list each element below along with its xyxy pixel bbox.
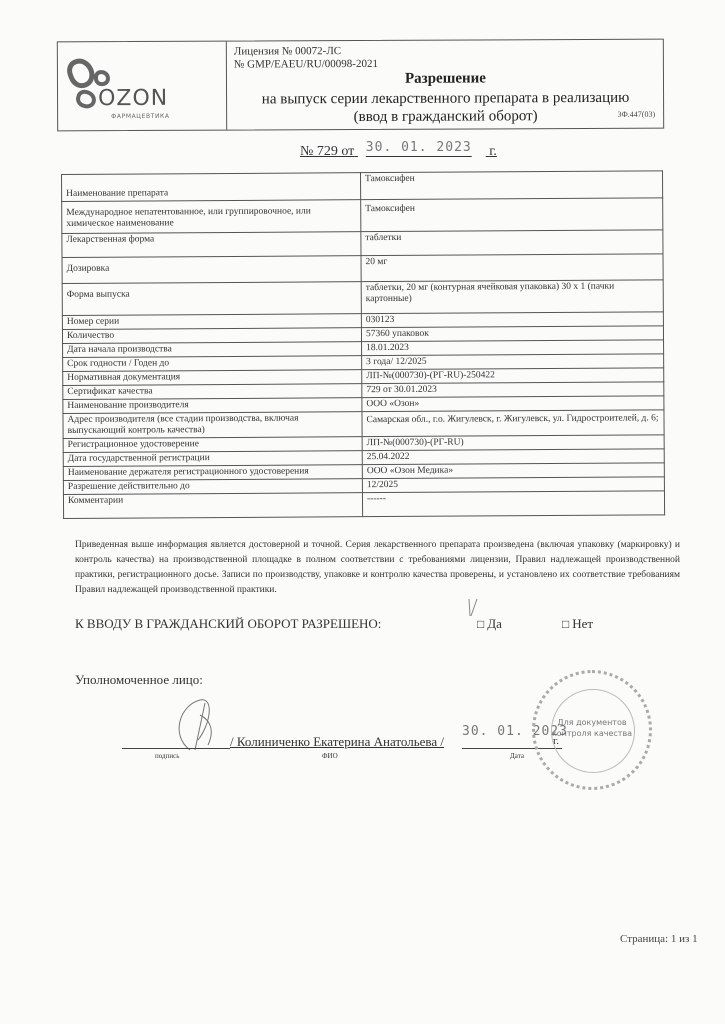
row-label: Международное непатентованное, или групп… <box>62 200 361 234</box>
quality-control-seal: Для документов контроля качества <box>532 670 652 790</box>
document-subtitle-2: (ввод в гражданский оборот) <box>228 108 663 127</box>
row-label: Форма выпуска <box>62 282 361 316</box>
number-date-stamp: 30. 01. 2023 <box>366 140 472 155</box>
logo-shape-icon <box>94 70 110 86</box>
seal-text-line-2: контроля качества <box>535 728 649 739</box>
table-row: Международное непатентованное, или групп… <box>62 198 663 234</box>
row-value: таблетки, 20 мг (контурная ячейковая упа… <box>361 280 663 314</box>
number-suffix: г. <box>489 144 497 159</box>
document-header: OZON ФАРМАЦЕВТИКА Лицензия № 00072-ЛС № … <box>57 39 664 132</box>
certification-statement: Приведенная выше информация является дос… <box>75 538 680 598</box>
table-row: Форма выпускатаблетки, 20 мг (контурная … <box>62 280 663 316</box>
row-value: ------ <box>362 491 664 517</box>
document-number: № 729 от 30. 01. 2023 г. <box>300 144 497 160</box>
form-code: 3Ф.447(03) <box>617 110 655 119</box>
checkmark-icon <box>463 598 483 618</box>
row-value: Самарская обл., г.о. Жигулевск, г. Жигул… <box>362 410 664 437</box>
table-row: Наименование препаратаТамоксифен <box>62 171 663 202</box>
signature-line <box>122 748 230 749</box>
table-row: Комментарии------ <box>63 491 664 519</box>
license-number: Лицензия № 00072-ЛС <box>234 45 341 57</box>
row-label: Комментарии <box>63 493 362 519</box>
number-prefix: № 729 от <box>300 144 354 159</box>
signature-caption: подпись <box>155 752 179 760</box>
logo-name: OZON <box>98 86 168 111</box>
seal-text-line-1: Для документов <box>535 717 649 728</box>
date-caption: Дата <box>510 752 524 760</box>
row-value: Тамоксифен <box>361 198 663 232</box>
logo-subtitle: ФАРМАЦЕВТИКА <box>111 113 169 120</box>
checkbox-yes[interactable]: □ Да <box>477 616 502 632</box>
row-label: Дозировка <box>62 256 361 284</box>
logo-shape-icon <box>64 55 99 92</box>
row-label: Лекарственная форма <box>62 232 361 258</box>
row-value: Тамоксифен <box>360 171 662 200</box>
checkbox-icon: □ <box>562 617 569 631</box>
document-subtitle-1: на выпуск серии лекарственного препарата… <box>228 90 663 109</box>
permission-label: К ВВОДУ В ГРАЖДАНСКИЙ ОБОРОТ РАЗРЕШЕНО: <box>75 616 381 632</box>
row-value: 20 мг <box>361 254 663 282</box>
row-value: таблетки <box>361 230 663 256</box>
page-number: Страница: 1 из 1 <box>620 933 698 945</box>
seal-text: Для документов контроля качества <box>535 717 649 739</box>
logo-shape-icon <box>74 88 98 110</box>
checkbox-no-label: Нет <box>572 616 593 631</box>
fio-caption: ФИО <box>322 752 338 760</box>
authorized-person-name: / Колиниченко Екатерина Анатольева / <box>230 734 444 750</box>
authorized-person-label: Уполномоченное лицо: <box>75 672 203 688</box>
checkbox-yes-label: Да <box>487 616 502 631</box>
table-row: Дозировка20 мг <box>62 254 663 284</box>
table-row: Лекарственная форматаблетки <box>62 230 663 258</box>
row-label: Наименование препарата <box>62 173 361 202</box>
signature-icon <box>160 695 230 755</box>
table-row: Адрес производителя (все стадии производ… <box>63 410 664 439</box>
company-logo: OZON ФАРМАЦЕВТИКА <box>58 42 227 131</box>
row-label: Адрес производителя (все стадии производ… <box>63 412 362 439</box>
checkbox-no[interactable]: □ Нет <box>562 616 593 632</box>
document-title: Разрешение <box>228 70 663 89</box>
gmp-number: № GMP/EAEU/RU/00098-2021 <box>234 58 378 71</box>
batch-details-table: Наименование препаратаТамоксифен Междуна… <box>61 170 665 519</box>
checkbox-icon: □ <box>477 617 484 631</box>
